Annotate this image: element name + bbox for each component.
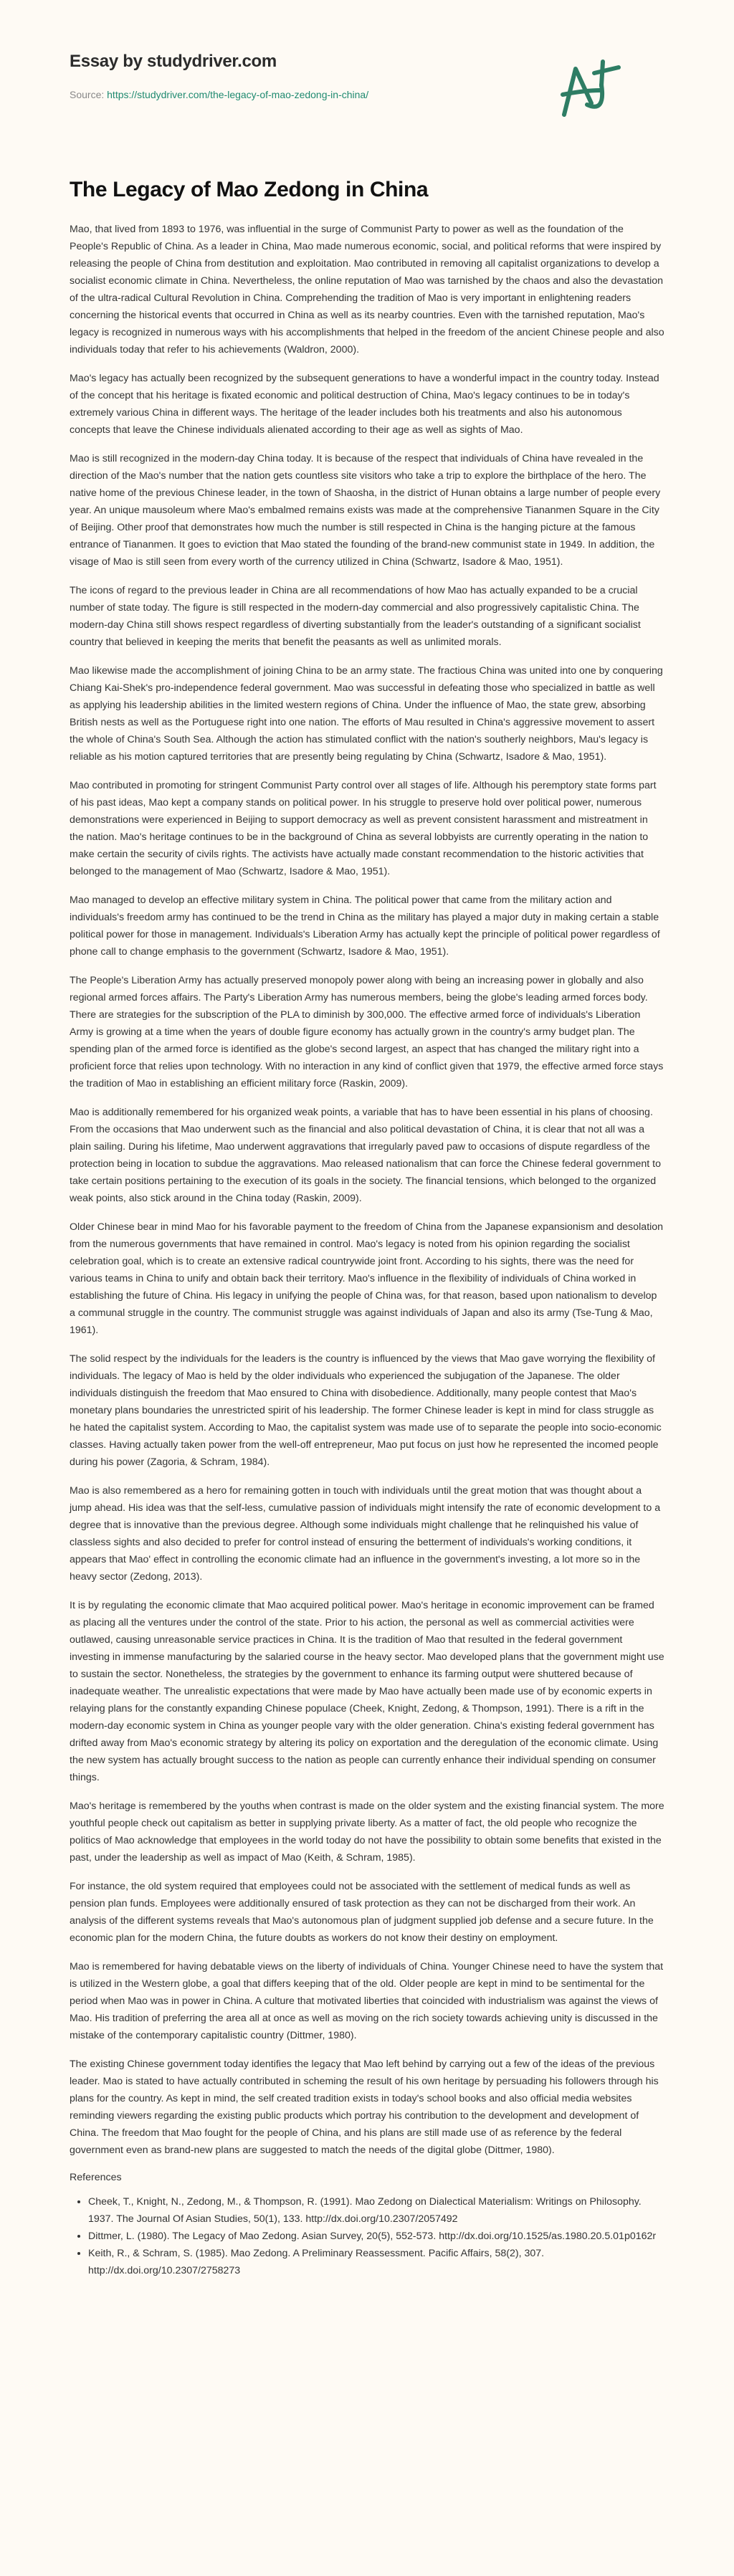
paragraph: The People's Liberation Army has actuall… (70, 972, 664, 1092)
reference-item: Keith, R., & Schram, S. (1985). Mao Zedo… (88, 2245, 664, 2279)
paragraph: Mao contributed in promoting for stringe… (70, 777, 664, 880)
references-heading: References (70, 2172, 664, 2183)
essay-page: Essay by studydriver.com Source: https:/… (0, 0, 734, 2279)
references-list: Cheek, T., Knight, N., Zedong, M., & Tho… (70, 2193, 664, 2279)
paragraph: For instance, the old system required th… (70, 1878, 664, 1947)
reference-item: Dittmer, L. (1980). The Legacy of Mao Ze… (88, 2228, 664, 2245)
paragraph: Mao's legacy has actually been recognize… (70, 370, 664, 439)
paragraph: Mao is still recognized in the modern-da… (70, 450, 664, 571)
paragraph: Mao managed to develop an effective mili… (70, 892, 664, 960)
paragraph: The existing Chinese government today id… (70, 2056, 664, 2159)
reference-item: Cheek, T., Knight, N., Zedong, M., & Tho… (88, 2193, 664, 2228)
paragraph: The solid respect by the individuals for… (70, 1350, 664, 1471)
paragraph: It is by regulating the economic climate… (70, 1597, 664, 1786)
document-title: The Legacy of Mao Zedong in China (70, 178, 664, 202)
site-title: Essay by studydriver.com (70, 52, 277, 72)
paragraph: Mao is additionally remembered for his o… (70, 1104, 664, 1207)
paragraph: Mao likewise made the accomplishment of … (70, 662, 664, 765)
page-header: Essay by studydriver.com Source: https:/… (70, 0, 664, 143)
essay-body: Mao, that lived from 1893 to 1976, was i… (70, 221, 664, 2159)
paragraph: Mao is also remembered as a hero for rem… (70, 1482, 664, 1585)
source-label: Source: (70, 89, 107, 100)
paragraph: The icons of regard to the previous lead… (70, 582, 664, 651)
paragraph: Mao's heritage is remembered by the yout… (70, 1798, 664, 1866)
paragraph: Mao is remembered for having debatable v… (70, 1958, 664, 2044)
paragraph: Older Chinese bear in mind Mao for his f… (70, 1218, 664, 1339)
a-plus-logo-icon (556, 49, 627, 120)
paragraph: Mao, that lived from 1893 to 1976, was i… (70, 221, 664, 358)
source-line: Source: https://studydriver.com/the-lega… (70, 89, 368, 100)
source-link[interactable]: https://studydriver.com/the-legacy-of-ma… (107, 89, 368, 100)
